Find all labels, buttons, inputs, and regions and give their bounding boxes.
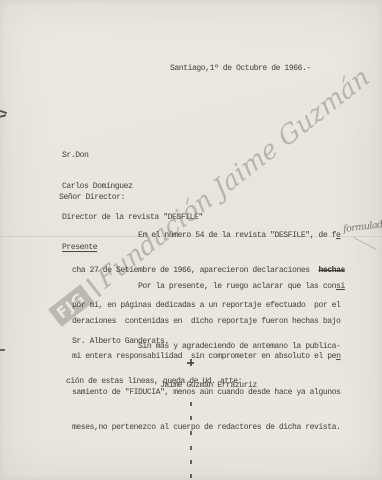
handwritten-annotation: formuladas	[343, 218, 382, 235]
left-edge-mark	[0, 110, 7, 114]
hyphen-underline: si	[336, 282, 345, 291]
paragraph-2-line-5: meses,no pertenezco al cuerpo de redacto…	[72, 422, 345, 434]
signature-name: Jaime Guzmán Errázuriz	[160, 381, 257, 390]
date-line: Santiago,1º de Octubre de 1966.-	[170, 64, 311, 73]
paragraph-3-line-1: Sin más y agradeciendo de antemano la pu…	[66, 341, 340, 353]
hyphen-underline: e	[336, 231, 340, 240]
left-edge-mark	[0, 114, 6, 117]
recipient-honorific: Sr.Don	[62, 151, 203, 161]
fold-mark	[190, 474, 192, 478]
salutation: Señor Director:	[59, 193, 125, 202]
recipient-name: Carlos Domínguez	[62, 182, 203, 192]
paragraph-3: Sin más y agradeciendo de antemano la pu…	[66, 317, 340, 411]
pencil-stray-mark	[353, 237, 376, 250]
paragraph-2-line-1: Por la presente, le ruego aclarar que la…	[72, 281, 345, 293]
paragraph-1-line-1: En el número 54 de la revista "DESFILE",…	[72, 230, 345, 242]
fold-mark	[190, 460, 192, 464]
left-edge-mark	[0, 349, 5, 351]
scanned-letter-page: FJG Fundación Jaime Guzmán Santiago,1º d…	[0, 0, 382, 480]
